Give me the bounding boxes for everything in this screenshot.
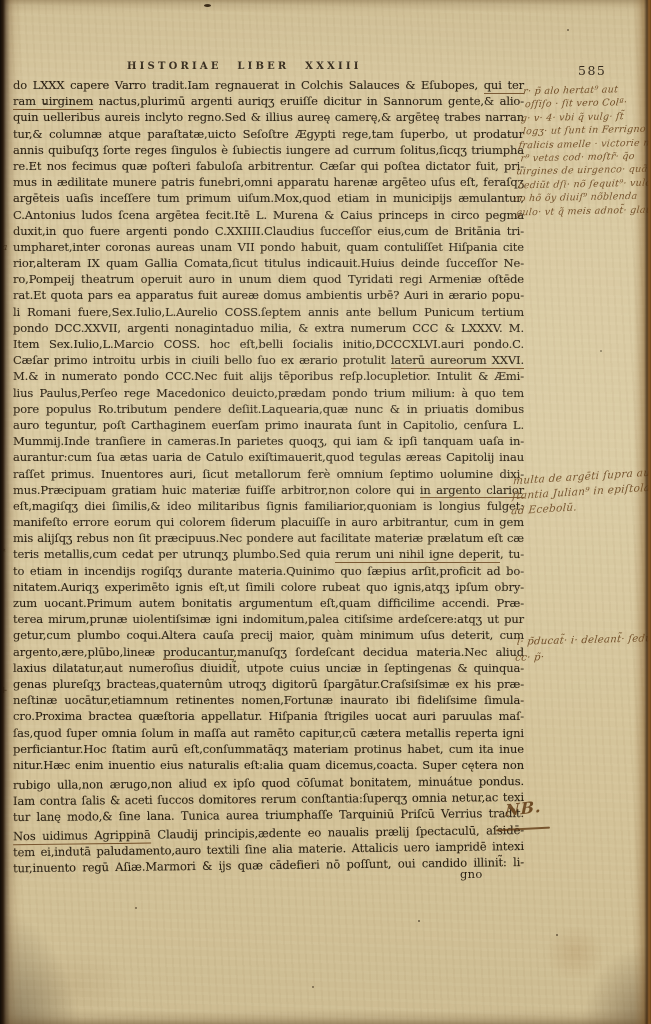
handwritten-line: uirgines de uirgenco· quã [516, 163, 649, 179]
catchword: gno [460, 867, 483, 881]
printed-text-line: li Romani fuere,Sex.Iulio,L.Aurelio COSS… [13, 304, 524, 320]
margin-ink-mark: a [2, 243, 7, 253]
printed-text-line: to etiam in incendijs rogiſqʒ durante ma… [13, 563, 524, 579]
printed-text-line: Mummij.Inde tranſiere in cameras.In pari… [13, 433, 524, 449]
handwritten-line: g· v· 4· vbi q̃ vulg· ſt̃ [520, 109, 651, 125]
handwritten-line: l· p̃ducat̃· i· deleant̃· ſeducāt· [516, 631, 651, 651]
paper-stain [20, 950, 130, 1020]
printed-text-line: Cæſar primo introitu urbis in ciuili bel… [13, 352, 524, 368]
printed-text-line: laxius dilatatur,aut numeroſius diuidit̃… [13, 660, 524, 676]
printed-text-line: lius Paulus,Perſeo rege Macedonico deuic… [13, 385, 524, 401]
paper-stain [545, 925, 605, 980]
handwritten-line: ad Ecebolū. [511, 496, 651, 520]
printed-text-line: re.Et nos fecimus quæ poſteri fabuloſa a… [13, 158, 524, 174]
book-page-scan: HISTORIAE LIBER XXXIII 585 do LXXX caper… [0, 0, 651, 1024]
page-number: 585 [578, 63, 606, 78]
ink-underline: qui ter [484, 78, 524, 94]
ink-speck [600, 350, 602, 352]
printed-text-line: quin uelleribus aureis inclyto regno.Sed… [13, 109, 524, 125]
ink-underline: producantur [163, 645, 233, 661]
handwritten-line: cc· p̃· [514, 647, 651, 667]
printed-text-line: nitur.Hæc enim inuentio eius naturalis e… [13, 757, 524, 773]
printed-text-line: Item Sex.Iulio,L.Marcio COSS. hoc eſt,be… [13, 336, 524, 352]
printed-text-line: pore populus Ro.tributum pendere deſiit.… [13, 401, 524, 417]
printed-text-line: ro,Pompeij theatrum operuit auro in unum… [13, 271, 524, 287]
printed-text-line: zum uocant.Primum autem bonitatis argume… [13, 595, 524, 611]
handwritten-line: logʒ· ut ſunt in Ferrigno ſole [522, 123, 651, 139]
printed-text-line: teris metallis,cum cedat per utrunqʒ plu… [13, 546, 524, 562]
printed-text-line: do LXXX capere Varro tradit.Iam regnauer… [13, 77, 524, 93]
handwritten-marginal-note-top: r· p̃ alo hertat⁹ autoſſiſo · ſit vero C… [512, 82, 651, 219]
printed-text-line: umpharet,inter coronas aureas unam VII p… [13, 239, 524, 255]
printed-text-line: rior,alteram IX quam Gallia Comata,ſicut… [13, 255, 524, 271]
printed-text-line: annis quibuſqʒ ſorte reges ſingulos è ſu… [13, 142, 524, 158]
handwritten-line: oſſiſo · ſit vero Colª· [524, 96, 651, 112]
printed-text-line: ſas,quod ſuper omnia ſolum in maſſa aut … [13, 725, 524, 741]
handwritten-marginal-note-middle: multa de argēti ſupra aurūſtantia Julian… [511, 466, 651, 520]
ink-underline: Nos uidimus Agrippinā [13, 827, 151, 844]
printed-text-line: duxit,in quo fuere argenti pondo C.XXIII… [13, 223, 524, 239]
printed-text-line: argēteis uaſis inceſſere tum primum uiſu… [13, 190, 524, 206]
handwritten-line: co hõ õy diuiſ⁹ nõblenda [514, 190, 647, 206]
handwritten-line: r· p̃ alo hertat⁹ aut [523, 82, 651, 98]
handwritten-line: cediũt dſi· nõ ſequit⁹· vulonis [518, 177, 648, 193]
printed-text-line: rat.Et quota pars ea apparatus fuit aure… [13, 287, 524, 303]
printed-text-line: mus in ædilitate munere patris funebri,o… [13, 174, 524, 190]
handwritten-line: multa de argēti ſupra aurū [513, 466, 651, 490]
margin-ink-mark: * [1, 548, 6, 558]
printed-text-line: genas plureſqʒ bracteas,quaternûm utroqʒ… [13, 676, 524, 692]
printed-text-line: tur,& columnæ atque paraſtatæ,uicto Seſo… [13, 126, 524, 142]
printed-text-line: mis alijſqʒ rebus non ſit præcipuus.Nec … [13, 530, 524, 546]
ink-underline: ram uirginem [13, 94, 93, 110]
printed-text-line: eſt,magiſqʒ diei ſimilis,& ideo militari… [13, 498, 524, 514]
handwritten-line: fralicis amelle · victorie mõde [518, 136, 651, 152]
printed-text-line: mus.Præcipuam gratiam huic materiæ fuiſſ… [13, 482, 524, 498]
printed-text-line: perficiantur.Hoc ſtatim aurū eſt,conſumm… [13, 741, 524, 757]
handwritten-line: gulo· vt q̃ meis adnot̃· glaui· [515, 203, 645, 219]
ink-underline: rerum uni nihil igne deperit [335, 547, 500, 563]
ink-speck [312, 986, 314, 988]
printed-text-line: ram uirginem nactus,plurimū argenti auri… [13, 93, 524, 109]
handwritten-line: r⁹ vetas cod· moſtr̃· q̃o [520, 150, 650, 166]
margin-ink-mark: + [0, 686, 8, 696]
ink-speck [135, 907, 137, 909]
ink-speck [556, 934, 558, 936]
ink-speck [567, 29, 569, 31]
printed-text-line: neſtinæ uocātur,etiamnum retinentes nome… [13, 692, 524, 708]
ink-speck [418, 920, 420, 922]
printed-text-line: raſſet primus. Inuentores auri, ſicut me… [13, 466, 524, 482]
printed-text-line: terea mirum,prunæ uiolentiſsimæ igni ind… [13, 611, 524, 627]
printed-text-line: nitatem.Auriqʒ experimēto ignis eſt,ut ſ… [13, 579, 524, 595]
printed-text-line: manifeſto errore eorum qui colorem ſider… [13, 514, 524, 530]
main-text-block: do LXXX capere Varro tradit.Iam regnauer… [13, 77, 524, 870]
printed-text-line: pondo DCC.XXVII, argenti nonagintaduo mi… [13, 320, 524, 336]
running-head-title: HISTORIAE LIBER XXXIII [127, 61, 362, 72]
ink-underline: in argento clarior [420, 483, 524, 499]
handwritten-marginal-note-lower: l· p̃ducat̃· i· deleant̃· ſeducāt·cc· p̃… [514, 631, 651, 667]
handwritten-line: ſtantia Julian⁹ in epiſtola [512, 481, 651, 505]
printed-text-line: M.& in numerato pondo CCC.Nec fuit alijs… [13, 368, 524, 384]
printed-text-line: C.Antonius ludos ſcena argētea fecit.Itē… [13, 207, 524, 223]
printed-text-line: aurantur:cum ſua ætas uaria de Catulo ex… [13, 449, 524, 465]
printed-text-line: cro.Proxima bractea quæſtoria appellatur… [13, 708, 524, 724]
ink-underline: laterū aureorum XXVI. [391, 353, 524, 369]
ink-speck [204, 4, 211, 7]
printed-text-line: getur,cum plumbo coqui.Altera cauſa prec… [13, 627, 524, 643]
printed-text-line: auro teguntur, poſt Carthaginem euerſam … [13, 417, 524, 433]
printed-text-line: argento,ære,plūbo,lineæ producantur,manu… [13, 644, 524, 660]
